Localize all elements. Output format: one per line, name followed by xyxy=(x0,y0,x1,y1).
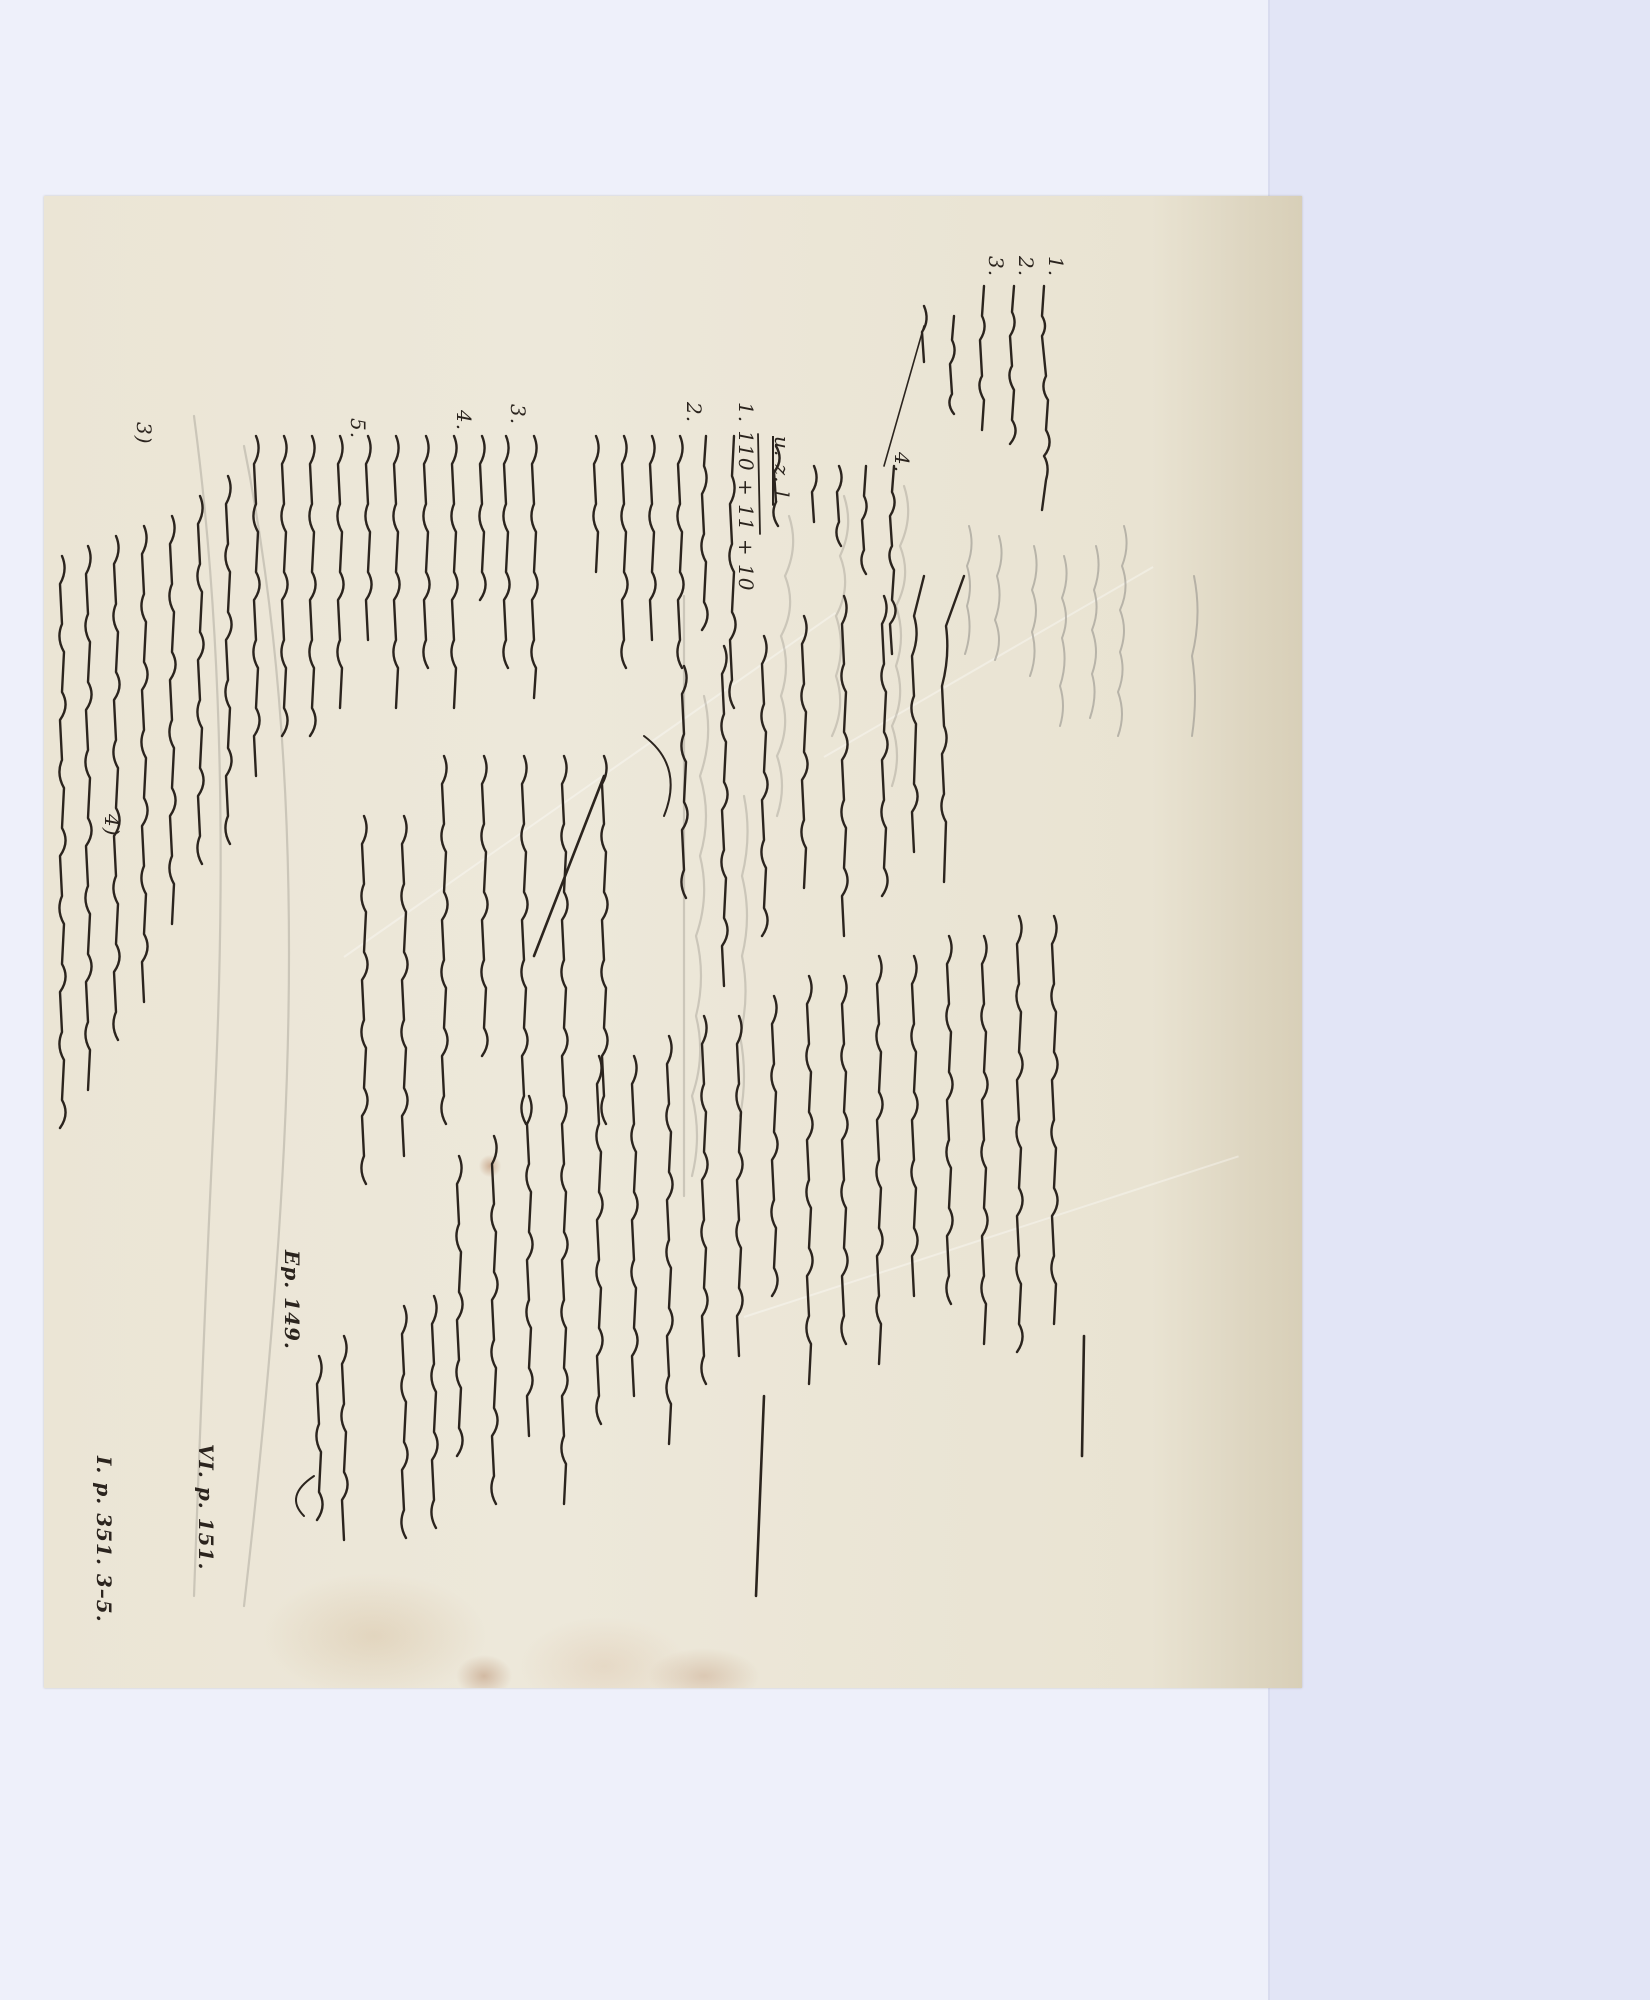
margin-list-4: 4. xyxy=(452,410,476,431)
list-number-3: 3. xyxy=(984,256,1008,277)
shorthand-handwriting xyxy=(44,196,1302,1688)
list-number-4: 4. xyxy=(890,452,914,473)
scan-backdrop-right xyxy=(1270,0,1650,2000)
margin-list-2: 2. xyxy=(682,402,706,423)
list-number-1: 1. xyxy=(1044,256,1068,277)
underlined-word: u. z. l. xyxy=(770,436,794,506)
formula: 1. 110 + 11 + 10 xyxy=(734,402,758,591)
margin-number-3: 3) xyxy=(132,422,156,445)
margin-list-5: 5. xyxy=(346,418,370,439)
reference-ep-149: Ep. 149. xyxy=(280,1250,304,1350)
margin-list-3: 3. xyxy=(506,404,530,425)
manuscript-page: 1. 2. 3. 4. u. z. l. 1. 110 + 11 + 10 2.… xyxy=(44,196,1302,1688)
reference-i-p-351: I. p. 351. 3–5. xyxy=(92,1456,116,1623)
list-number-2: 2. xyxy=(1014,256,1038,277)
margin-number-4: 4) xyxy=(100,814,124,837)
reference-vi-p-151: VI. p. 151. xyxy=(194,1444,218,1570)
